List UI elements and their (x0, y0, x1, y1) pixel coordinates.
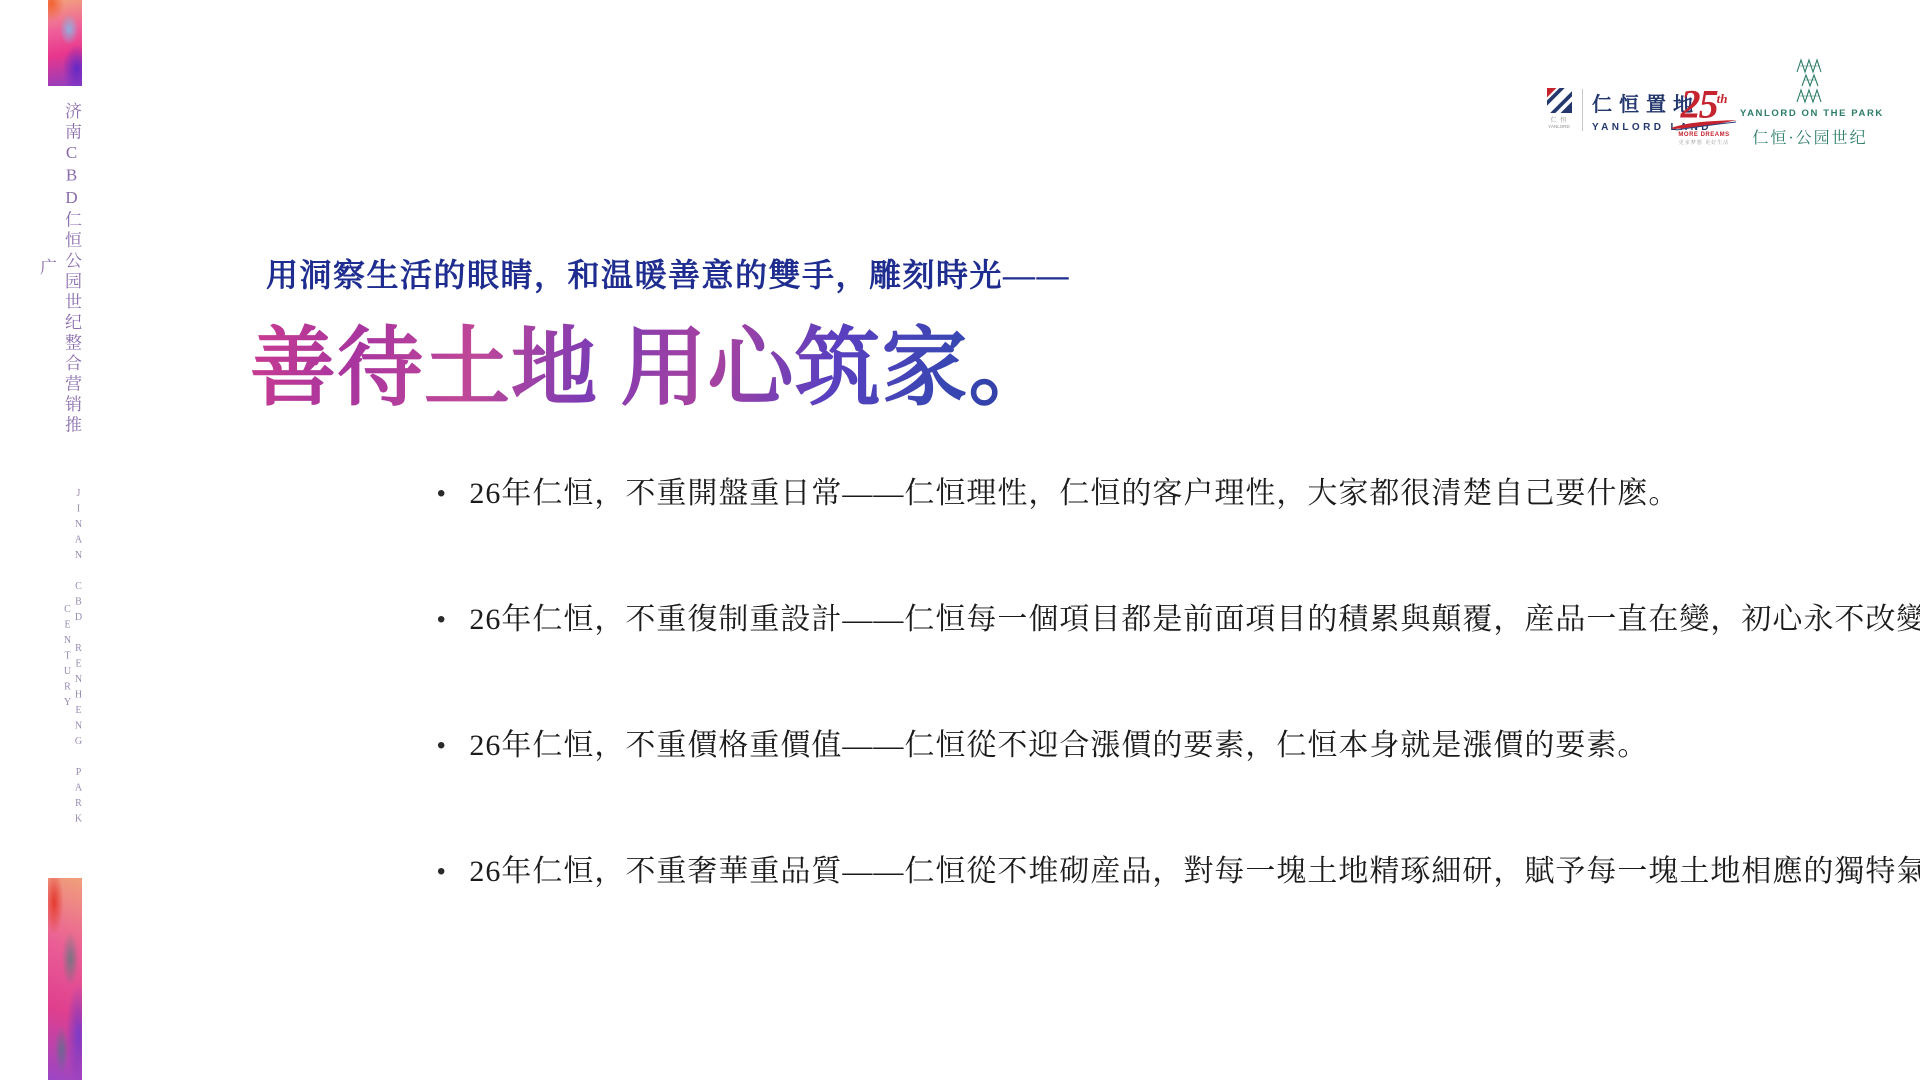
main-title: 善待土地 用心筑家。 (250, 298, 1056, 422)
yanlord-on-the-park-logo: YANLORD ON THE PARK 仁恒·公园世纪 (1740, 58, 1880, 148)
bullet-text-3: 26年仁恒，不重價格重價值——仁恒從不迎合漲價的要素，仁恒本身就是漲價的要素。 (469, 726, 1648, 766)
logo-divider (1582, 89, 1583, 131)
on-the-park-monogram-icon (1794, 58, 1826, 104)
bullet-dot: • (437, 726, 445, 766)
bullet-text-4: 26年仁恒，不重奢華重品質——仁恒從不堆砌産品，對每一塊土地精琢細研，賦予每一塊… (469, 852, 1920, 892)
slide: 济南CBD仁恒公园世纪整合营销推广 JINAN CBD RENHENG PARK… (0, 0, 1920, 1080)
bullet-item-1: • 26年仁恒，不重開盤重日常——仁恒理性，仁恒的客户理性，大家都很清楚自己要什… (437, 474, 1920, 514)
yanlord-mark-caption-cn: 仁 恒 (1545, 115, 1573, 124)
yanlord-land-mark: 仁 恒 YANLORD (1545, 88, 1573, 130)
sidebar-vertical-title-cn: 济南CBD仁恒公园世纪整合营销推广 (46, 96, 84, 441)
bullet-dot: • (437, 474, 445, 514)
bullet-list: • 26年仁恒，不重開盤重日常——仁恒理性，仁恒的客户理性，大家都很清楚自己要什… (437, 474, 1920, 978)
sidebar-vertical-title-en: JINAN CBD RENHENG PARK CENTURY (46, 456, 84, 860)
yanlord-land-logo-icon (1547, 88, 1572, 113)
anniversary-suffix: th (1717, 91, 1728, 106)
bullet-dot: • (437, 852, 445, 892)
anniversary-caption-1: MORE DREAMS (1668, 132, 1740, 138)
bullet-text-1: 26年仁恒，不重開盤重日常——仁恒理性，仁恒的客户理性，大家都很清楚自己要什麽。 (469, 474, 1679, 514)
paint-strip-top (48, 0, 82, 86)
anniversary-number: 25th (1668, 80, 1740, 123)
paint-strip-bottom (48, 878, 82, 1080)
bullet-item-4: • 26年仁恒，不重奢華重品質——仁恒從不堆砌産品，對每一塊土地精琢細研，賦予每… (437, 852, 1920, 892)
bullet-item-2: • 26年仁恒，不重復制重設計——仁恒每一個項目都是前面項目的積累與顛覆，産品一… (437, 600, 1920, 640)
anniversary-25-logo: 25th MORE DREAMS 更多梦想 更好生活 (1668, 80, 1740, 146)
bullet-dot: • (437, 600, 445, 640)
bullet-text-2: 26年仁恒，不重復制重設計——仁恒每一個項目都是前面項目的積累與顛覆，産品一直在… (469, 600, 1920, 640)
on-the-park-name-cn: 仁恒·公园世纪 (1740, 125, 1880, 148)
subtitle-line: 用洞察生活的眼睛，和温暖善意的雙手，雕刻時光—— (266, 250, 1070, 296)
bullet-item-3: • 26年仁恒，不重價格重價值——仁恒從不迎合漲價的要素，仁恒本身就是漲價的要素… (437, 726, 1920, 766)
yanlord-mark-caption-en: YANLORD (1546, 124, 1571, 129)
anniversary-caption-2: 更多梦想 更好生活 (1668, 139, 1740, 146)
on-the-park-name-en: YANLORD ON THE PARK (1740, 108, 1880, 119)
